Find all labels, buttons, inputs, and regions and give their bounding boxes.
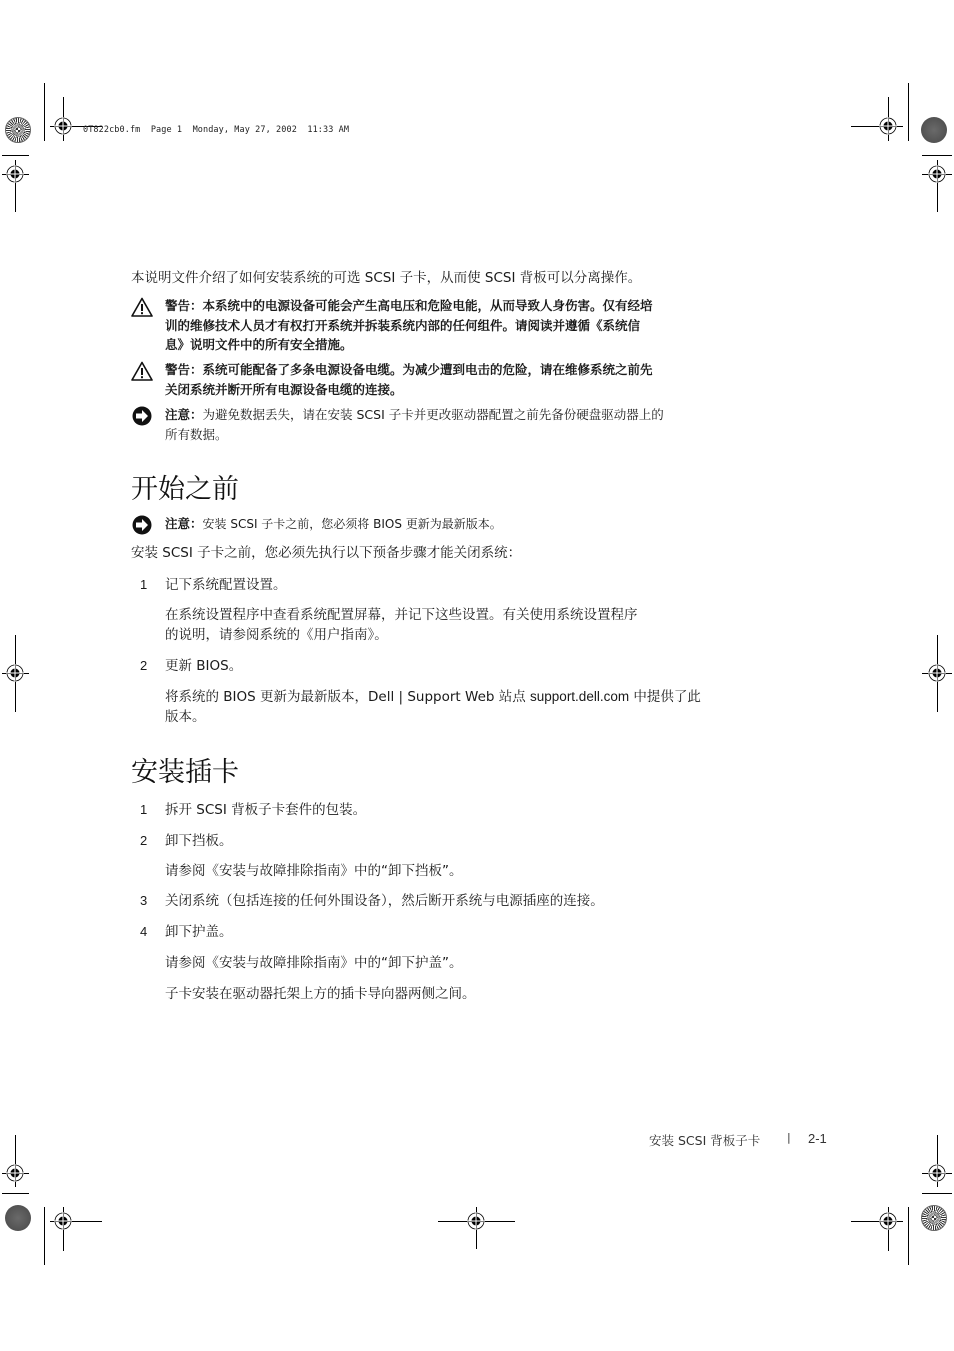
list-item: 4卸下护盖。 (140, 922, 233, 942)
registration-target-icon (928, 165, 946, 183)
registration-target-icon (6, 165, 24, 183)
registration-target-icon (928, 1164, 946, 1182)
print-slug: 0T822cb0.fm Page 1 Monday, May 27, 2002 … (83, 125, 349, 135)
list-item: 2更新 BIOS。 (140, 656, 242, 676)
footer-separator: | (787, 1131, 791, 1144)
warning-label: 警告： (165, 362, 203, 377)
step-detail: 请参阅《安装与故障排除指南》中的“卸下挡板”。 (165, 861, 741, 881)
registration-target-icon (54, 1212, 72, 1230)
intro-paragraph: 本说明文件介绍了如何安装系统的可选 SCSI 子卡，从而使 SCSI 背板可以分… (131, 268, 741, 288)
page-number: 2-1 (808, 1131, 827, 1146)
crop-line (908, 1207, 909, 1265)
crop-line (2, 1193, 29, 1194)
registration-target-icon (879, 1212, 897, 1230)
notice: 注意：为避免数据丢失，请在安装 SCSI 子卡并更改驱动器配置之前先备份硬盘驱动… (131, 405, 741, 444)
list-item: 3关闭系统（包括连接的任何外围设备），然后断开系统与电源插座的连接。 (140, 891, 604, 911)
registration-target-icon (6, 1164, 24, 1182)
step-detail: 请参阅《安装与故障排除指南》中的“卸下护盖”。 (165, 953, 741, 973)
section1-lead: 安装 SCSI 子卡之前，您必须先执行以下预备步骤才能关闭系统： (131, 543, 741, 563)
warning-notice: 警告：本系统中的电源设备可能会产生高电压和危险电能，从而导致人身伤害。仅有经培 … (131, 296, 741, 355)
warning-triangle-icon (131, 361, 153, 381)
support-link[interactable]: support.dell.com (530, 689, 629, 704)
notice-arrow-icon (131, 406, 153, 426)
step-detail: 子卡安装在驱动器托架上方的插卡导向器两侧之间。 (165, 984, 741, 1004)
notice-arrow-icon (131, 515, 153, 535)
section-heading-before-you-begin: 开始之前 (131, 474, 239, 506)
list-item: 1记下系统配置设置。 (140, 575, 287, 595)
registration-target-icon (879, 117, 897, 135)
section-heading-install-card: 安装插卡 (131, 757, 239, 789)
notice-label: 注意： (165, 516, 203, 531)
warning-label: 警告： (165, 298, 203, 313)
registration-gray-disc-icon (921, 117, 947, 143)
registration-target-icon (928, 664, 946, 682)
registration-sunburst-icon (5, 117, 31, 143)
registration-target-icon (54, 117, 72, 135)
list-item: 2卸下挡板。 (140, 831, 233, 851)
registration-gray-disc-icon (5, 1205, 31, 1231)
step-detail: 在系统设置程序中查看系统配置屏幕，并记下这些设置。有关使用系统设置程序 的说明，… (165, 605, 741, 645)
registration-target-icon (467, 1212, 485, 1230)
footer-chapter-title: 安装 SCSI 背板子卡 (649, 1131, 760, 1149)
crop-line (922, 155, 952, 156)
crop-line (44, 83, 45, 141)
crop-line (908, 83, 909, 141)
crop-line (922, 1193, 952, 1194)
notice-label: 注意： (165, 407, 203, 422)
crop-line (2, 155, 29, 156)
list-item: 1拆开 SCSI 背板子卡套件的包装。 (140, 800, 366, 820)
crop-line (44, 1207, 45, 1265)
warning-triangle-icon (131, 297, 153, 317)
notice: 注意：安装 SCSI 子卡之前，您必须将 BIOS 更新为最新版本。 (131, 514, 741, 535)
registration-sunburst-icon (921, 1205, 947, 1231)
registration-target-icon (6, 664, 24, 682)
step-detail: 将系统的 BIOS 更新为最新版本，Dell | Support Web 站点 … (165, 687, 741, 727)
warning-notice: 警告：系统可能配备了多条电源设备电缆。为减少遭到电击的危险，请在维修系统之前先 … (131, 360, 741, 399)
